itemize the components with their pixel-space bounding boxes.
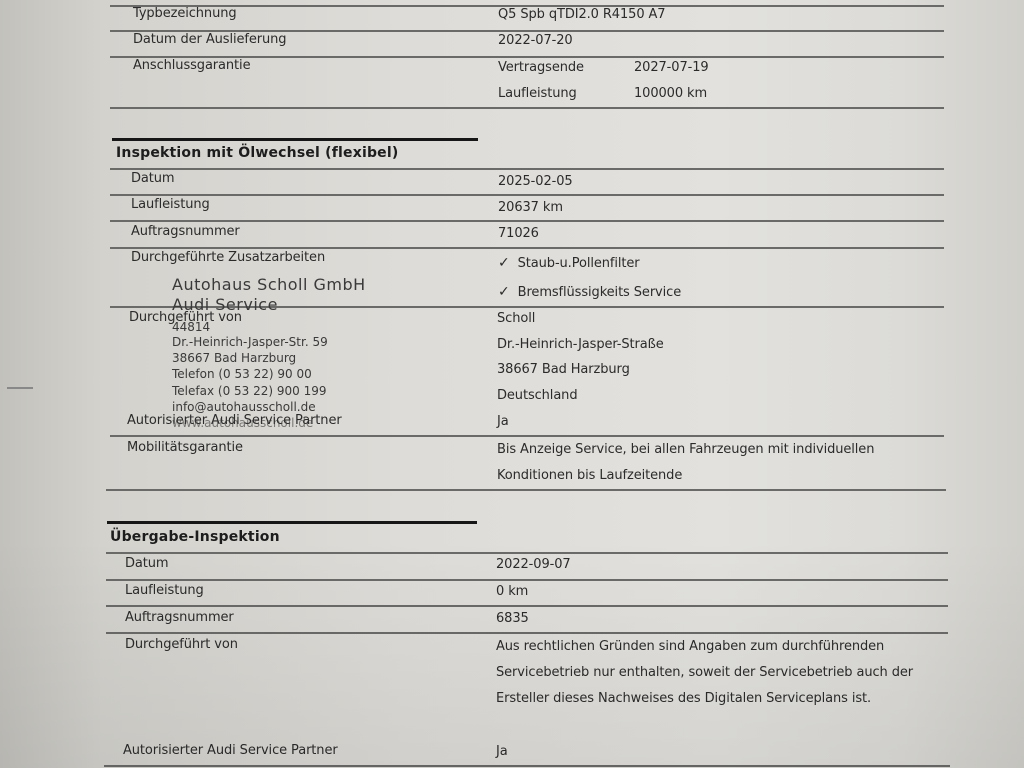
dealer-stamp-fax: Telefax (0 53 22) 900 199: [172, 384, 327, 398]
handover-mileage-value: 0 km: [496, 584, 528, 599]
divider: [106, 552, 948, 554]
dealer-stamp-phone: Telefon (0 53 22) 90 00: [172, 367, 312, 381]
warranty-mileage-value: 100000 km: [634, 86, 707, 101]
dealer-stamp-number: 44814: [172, 320, 210, 334]
mobility-guarantee-line: Bis Anzeige Service, bei allen Fahrzeuge…: [497, 442, 874, 457]
divider: [106, 489, 946, 491]
oil-order-value: 71026: [498, 226, 539, 241]
authorized-partner-value: Ja: [497, 414, 509, 429]
handover-performed-by-line: Aus rechtlichen Gründen sind Angaben zum…: [496, 639, 884, 654]
contract-end-value: 2027-07-19: [634, 60, 709, 75]
divider: [106, 579, 948, 581]
handover-date-value: 2022-09-07: [496, 557, 571, 572]
extra-work-item: ✓Staub-u.Pollenfilter: [498, 255, 640, 271]
warranty-label: Anschlussgarantie: [133, 58, 250, 73]
mobility-guarantee-label: Mobilitätsgarantie: [127, 440, 243, 455]
mobility-guarantee-line: Konditionen bis Laufzeitende: [497, 468, 682, 483]
vehicle-type-label: Typbezeichnung: [133, 6, 237, 21]
handover-order-value: 6835: [496, 611, 529, 626]
vehicle-type-value: Q5 Spb qTDI2.0 R4150 A7: [498, 7, 665, 22]
delivery-date-value: 2022-07-20: [498, 33, 573, 48]
section-rule: [112, 138, 478, 141]
delivery-date-label: Datum der Auslieferung: [133, 32, 286, 47]
handover-date-label: Datum: [125, 556, 168, 571]
section-rule: [107, 521, 477, 524]
extra-work-item: ✓Bremsflüssigkeits Service: [498, 284, 681, 300]
handover-authorized-partner-value: Ja: [496, 744, 508, 759]
divider: [110, 435, 944, 437]
performed-by-line: Deutschland: [497, 388, 577, 403]
divider: [110, 194, 944, 196]
divider: [110, 220, 944, 222]
dealer-stamp-subtitle: Audi Service: [172, 295, 278, 314]
oil-date-label: Datum: [131, 171, 174, 186]
warranty-mileage-label: Laufleistung: [498, 86, 577, 101]
oil-date-value: 2025-02-05: [498, 174, 573, 189]
dealer-stamp-email: info@autohausscholl.de: [172, 400, 316, 414]
oil-order-label: Auftragsnummer: [131, 224, 240, 239]
extra-work-label: Durchgeführte Zusatzarbeiten: [131, 250, 325, 265]
dealer-stamp-web: www.autohausscholl.de: [172, 416, 313, 430]
handover-performed-by-line: Ersteller dieses Nachweises des Digitale…: [496, 691, 871, 706]
oil-mileage-label: Laufleistung: [131, 197, 210, 212]
extra-work-item-text: Bremsflüssigkeits Service: [518, 285, 681, 300]
dealer-stamp-city: 38667 Bad Harzburg: [172, 351, 296, 365]
contract-end-label: Vertragsende: [498, 60, 584, 75]
divider: [106, 605, 948, 607]
handover-order-label: Auftragsnummer: [125, 610, 234, 625]
section-title-oil-inspection: Inspektion mit Ölwechsel (flexibel): [116, 145, 398, 161]
divider: [106, 632, 948, 634]
handover-performed-by-line: Servicebetrieb nur enthalten, soweit der…: [496, 665, 913, 680]
check-icon: ✓: [498, 284, 510, 300]
section-title-handover-inspection: Übergabe-Inspektion: [110, 529, 280, 545]
divider: [110, 107, 944, 109]
divider: [110, 247, 944, 249]
performed-by-line: Scholl: [497, 311, 535, 326]
handover-authorized-partner-label: Autorisierter Audi Service Partner: [123, 743, 338, 758]
dealer-stamp-street: Dr.-Heinrich-Jasper-Str. 59: [172, 335, 328, 349]
extra-work-item-text: Staub-u.Pollenfilter: [518, 256, 640, 271]
handover-mileage-label: Laufleistung: [125, 583, 204, 598]
divider: [104, 765, 950, 767]
check-icon: ✓: [498, 255, 510, 271]
divider: [110, 168, 944, 170]
handover-performed-by-label: Durchgeführt von: [125, 637, 238, 652]
performed-by-line: 38667 Bad Harzburg: [497, 362, 630, 377]
stray-mark: [7, 387, 33, 389]
dealer-stamp-name: Autohaus Scholl GmbH: [172, 275, 366, 294]
performed-by-line: Dr.-Heinrich-Jasper-Straße: [497, 337, 664, 352]
oil-mileage-value: 20637 km: [498, 200, 563, 215]
